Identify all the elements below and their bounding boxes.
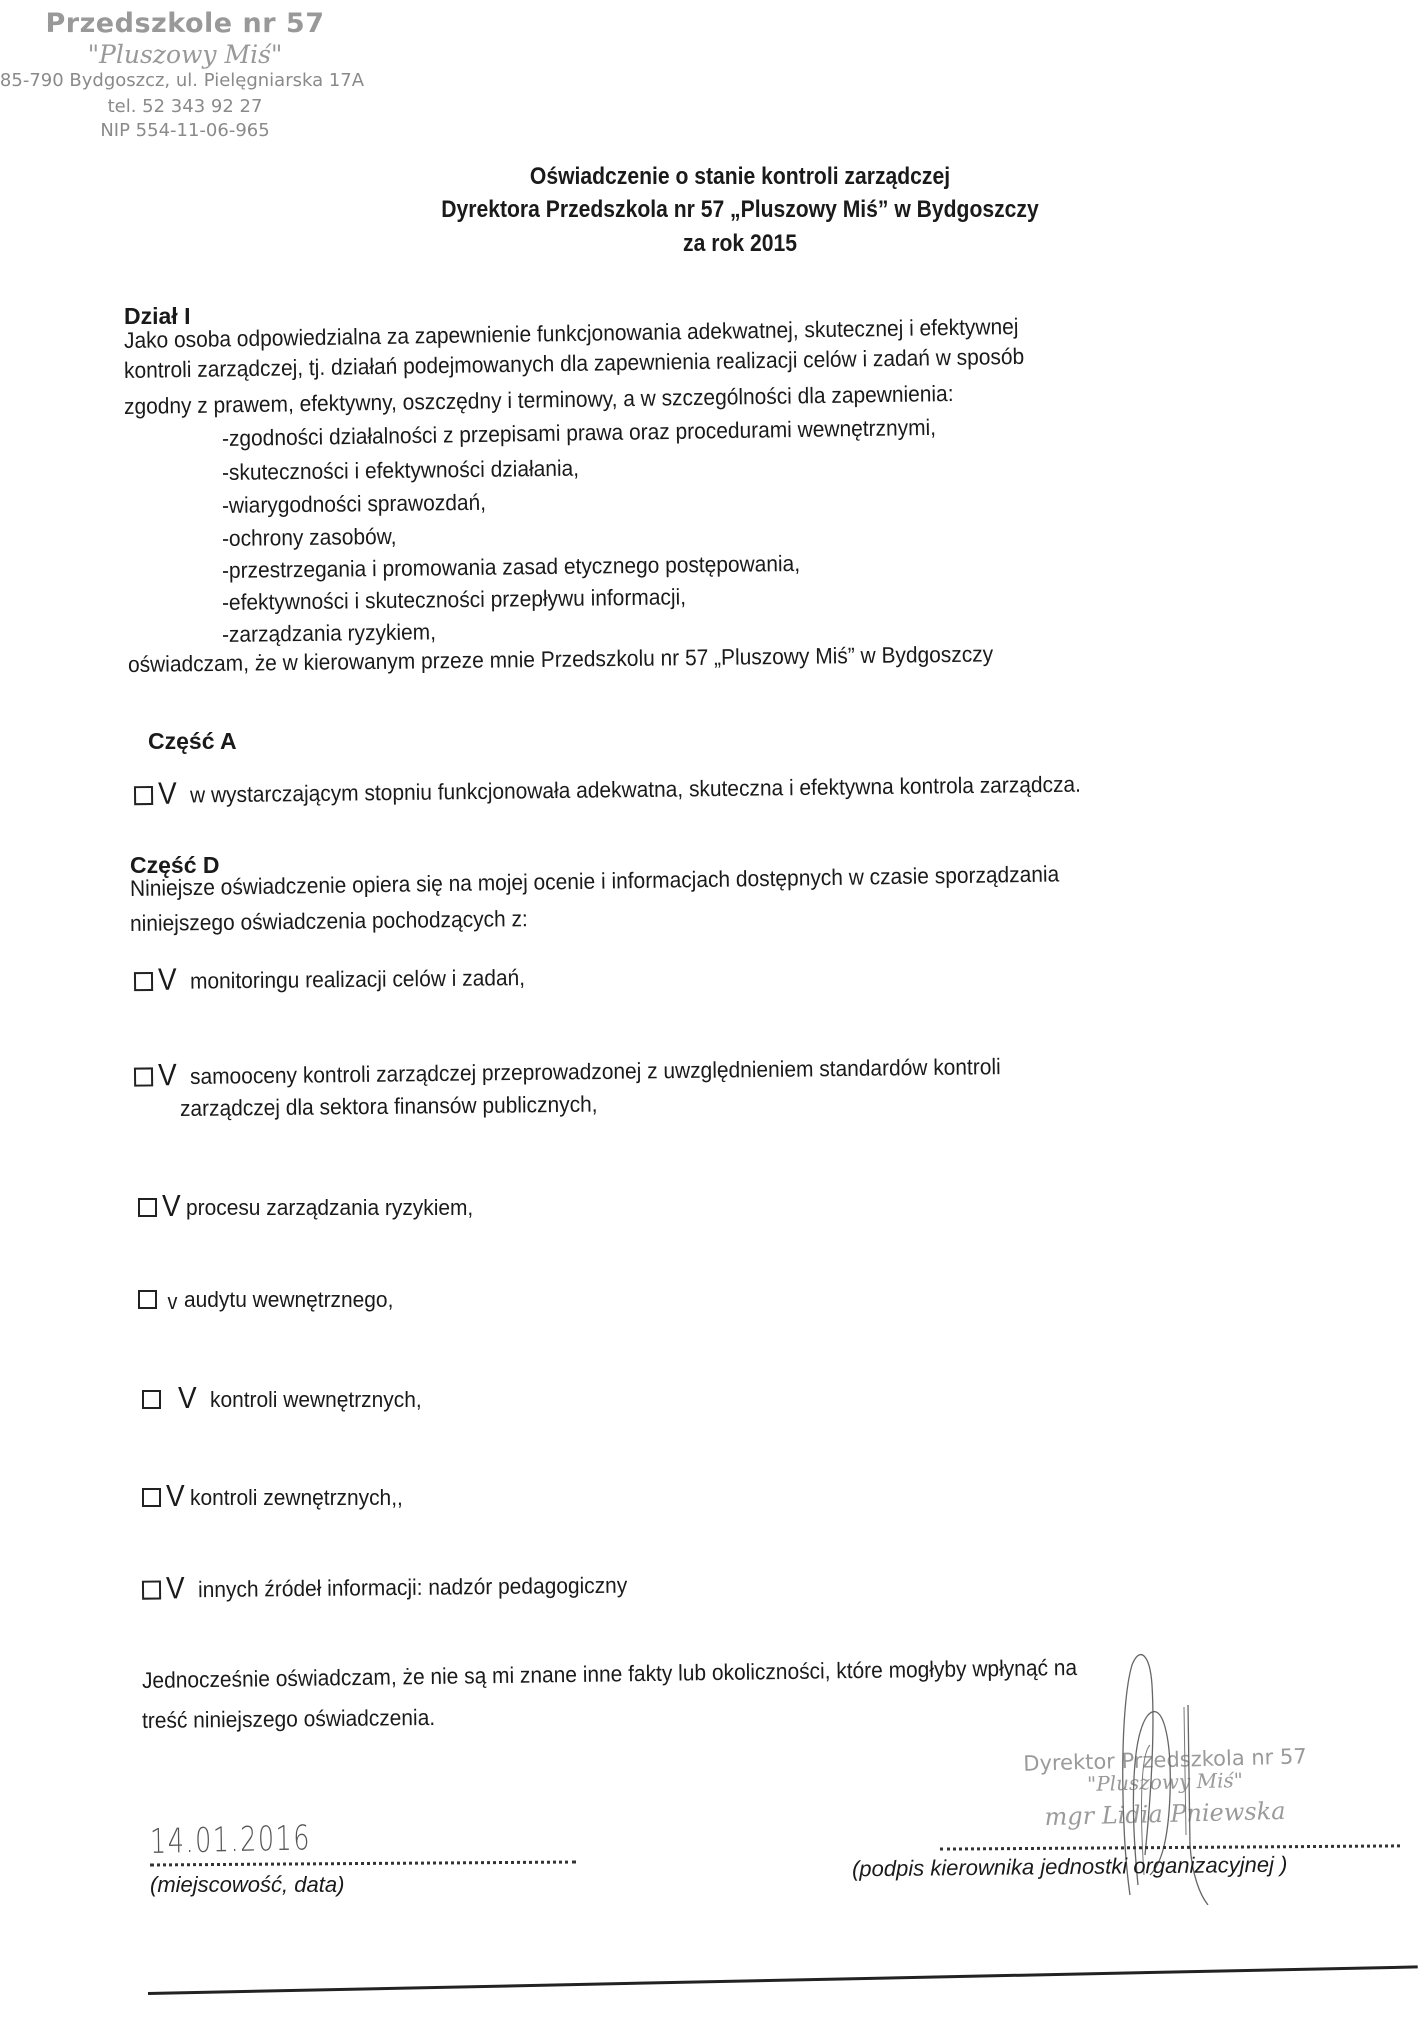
list-item: -przestrzegania i promowania zasad etycz…: [222, 551, 800, 584]
stamp-institution-subname: "Pluszowy Miś": [45, 40, 325, 69]
check-mark-icon: V: [166, 1572, 185, 1603]
checkbox[interactable]: [142, 1581, 161, 1600]
section-heading-dzial-1: Dział I: [124, 303, 190, 330]
signature-field-label: (podpis kierownika jednostki organizacyj…: [852, 1852, 1288, 1883]
list-item: -zgodności działalności z przepisami pra…: [222, 415, 936, 452]
list-item: -ochrony zasobów,: [222, 524, 397, 552]
checklist-item[interactable]: V monitoringu realizacji celów i zadań,: [134, 960, 550, 995]
stamp-phone: tel. 52 343 92 27: [45, 96, 325, 117]
checkbox[interactable]: [134, 786, 153, 805]
checkbox[interactable]: [142, 1488, 161, 1507]
stamp-institution-name: Przedszkole nr 57: [45, 8, 325, 39]
list-item: -wiarygodności sprawozdań,: [222, 490, 486, 519]
checklist-item[interactable]: v audytu wewnętrznego,: [138, 1287, 409, 1313]
check-mark-icon: V: [158, 778, 177, 809]
checkbox[interactable]: [134, 972, 153, 991]
checkbox[interactable]: [142, 1390, 161, 1409]
paragraph-line: zgodny z prawem, efektywny, oszczędny i …: [124, 381, 954, 420]
checklist-item[interactable]: V kontroli wewnętrznych,: [142, 1382, 437, 1413]
checkbox[interactable]: [138, 1290, 157, 1309]
checklist-item-label: innych źródeł informacji: nadzór pedagog…: [198, 1573, 627, 1603]
checklist-item-label: monitoringu realizacji celów i zadań,: [190, 965, 525, 995]
checklist-item-label: procesu zarządzania ryzykiem,: [186, 1195, 473, 1221]
paragraph-line: niniejszego oświadczenia pochodzących z:: [130, 906, 528, 937]
checklist-item[interactable]: V w wystarczającym stopniu funkcjonowała…: [134, 766, 1148, 809]
checklist-item-label: kontroli zewnętrznych,,: [190, 1485, 403, 1511]
check-mark-icon: V: [162, 1190, 181, 1221]
checklist-item-label: w wystarczającym stopniu funkcjonowała a…: [190, 772, 1081, 809]
date-field-line[interactable]: [150, 1861, 576, 1867]
check-mark-icon: v: [168, 1291, 178, 1313]
closing-statement-line: Jednocześnie oświadczam, że nie są mi zn…: [142, 1655, 1077, 1694]
checklist-item-label: kontroli wewnętrznych,: [210, 1387, 422, 1413]
bottom-divider: [148, 1965, 1418, 1995]
paragraph-line: Niniejsze oświadczenie opiera się na moj…: [130, 861, 1060, 902]
checklist-item-label: samooceny kontroli zarządczej przeprowad…: [190, 1054, 1001, 1090]
checklist-item-label-continued: zarządczej dla sektora finansów publiczn…: [180, 1092, 598, 1122]
closing-statement-line: treść niniejszego oświadczenia.: [142, 1705, 435, 1734]
list-item: -skuteczności i efektywności działania,: [222, 456, 579, 486]
document-year: za rok 2015: [388, 230, 1092, 258]
document-title: Oświadczenie o stanie kontroli zarządcze…: [388, 163, 1092, 191]
checkbox[interactable]: [134, 1067, 153, 1086]
check-mark-icon: V: [158, 964, 177, 995]
checklist-item[interactable]: V samooceny kontroli zarządczej przeprow…: [134, 1048, 1062, 1090]
checklist-item[interactable]: V innych źródeł informacji: nadzór pedag…: [142, 1567, 659, 1603]
checklist-item[interactable]: V kontroli zewnętrznych,,: [142, 1480, 419, 1511]
check-mark-icon: V: [166, 1480, 185, 1511]
section-heading-czesc-a: Część A: [148, 728, 237, 755]
stamp-nip: NIP 554-11-06-965: [45, 120, 325, 141]
list-item: -efektywności i skuteczności przepływu i…: [222, 584, 686, 616]
date-handwritten-value: 14.01.2016: [150, 1818, 312, 1862]
checklist-item-label: audytu wewnętrznego,: [184, 1287, 393, 1313]
checkbox[interactable]: [138, 1198, 157, 1217]
document-subtitle: Dyrektora Przedszkola nr 57 „Pluszowy Mi…: [388, 196, 1092, 224]
date-field-label: (miejscowość, data): [150, 1872, 344, 1898]
check-mark-icon: V: [178, 1382, 197, 1413]
check-mark-icon: V: [158, 1059, 177, 1090]
stamp-address: 85-790 Bydgoszcz, ul. Pielęgniarska 17A: [0, 70, 372, 91]
list-item: -zarządzania ryzykiem,: [222, 619, 436, 648]
checklist-item[interactable]: V procesu zarządzania ryzykiem,: [138, 1190, 495, 1221]
